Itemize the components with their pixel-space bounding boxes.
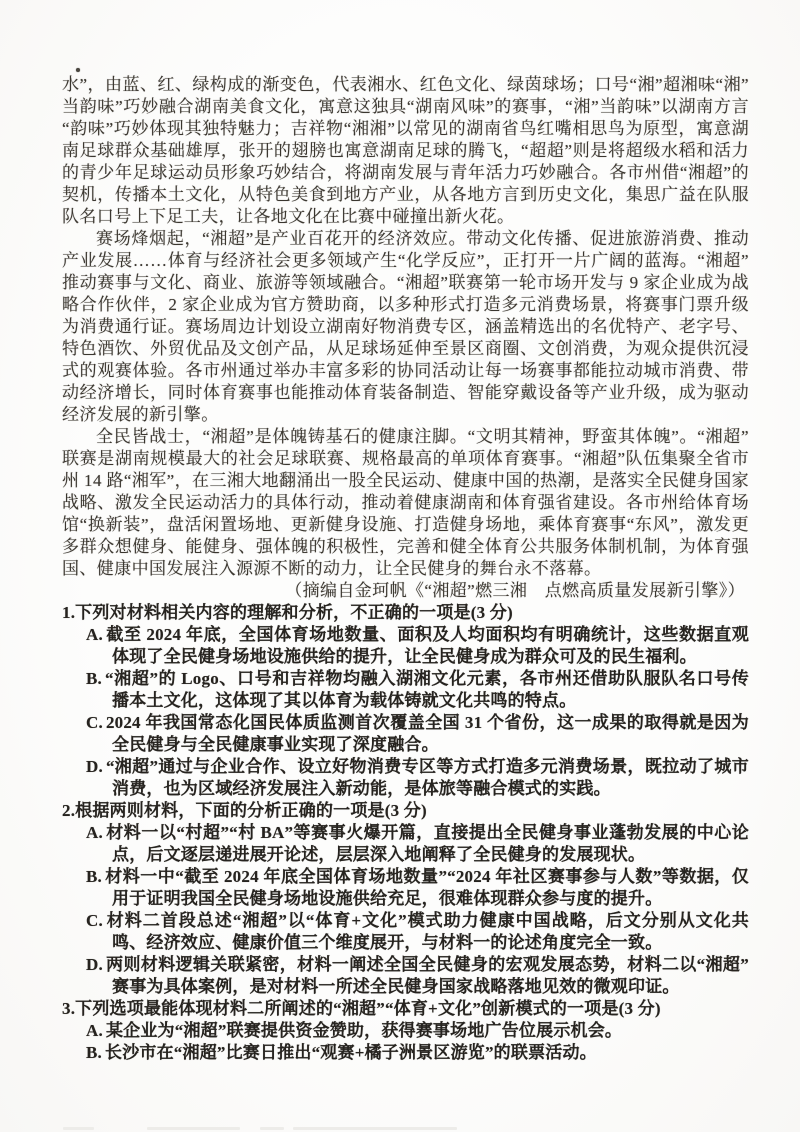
- question-2-stem: 2.根据两则材料，下面的分析正确的一项是(3 分): [62, 800, 749, 822]
- question-3-number: 3.: [62, 999, 75, 1018]
- option-d-text: 两则材料逻辑关联紧密，材料一阐述全国全民健身的宏观发展态势，材料二以“湘超”赛事…: [106, 955, 749, 996]
- question-3-option-b: B.长沙市在“湘超”比赛日推出“观赛+橘子洲景区游览”的联票活动。: [62, 1042, 749, 1064]
- scanned-exam-page: 水”，由蓝、红、绿构成的渐变色，代表湘水、红色文化、绿茵球场；口号“湘”超湘味“…: [0, 0, 800, 1132]
- option-a-text: 截至 2024 年底，全国体育场地数量、面积及人均面积均有明确统计，这些数据直观…: [106, 625, 749, 666]
- option-d-label: D.: [86, 955, 106, 974]
- question-1-stem: 1.下列对材料相关内容的理解和分析，不正确的一项是(3 分): [62, 602, 749, 624]
- question-2-number: 2.: [62, 801, 75, 820]
- question-1-stem-text: 下列对材料相关内容的理解和分析，不正确的一项是(3 分): [75, 603, 513, 622]
- option-d-label: D.: [86, 757, 106, 776]
- material-paragraph-1: 水”，由蓝、红、绿构成的渐变色，代表湘水、红色文化、绿茵球场；口号“湘”超湘味“…: [62, 74, 749, 228]
- question-3-option-a: A.某企业为“湘超”联赛提供资金赞助，获得赛事场地广告位展示机会。: [62, 1020, 749, 1042]
- option-d-text: “湘超”通过与企业合作、设立好物消费专区等方式打造多元消费场景，既拉动了城市消费…: [106, 757, 749, 798]
- question-1-option-d: D.“湘超”通过与企业合作、设立好物消费专区等方式打造多元消费场景，既拉动了城市…: [62, 756, 749, 800]
- question-1-number: 1.: [62, 603, 75, 622]
- question-3-stem: 3.下列选项最能体现材料二所阐述的“湘超”“体育+文化”创新模式的一项是(3 分…: [62, 998, 749, 1020]
- option-b-text: 长沙市在“湘超”比赛日推出“观赛+橘子洲景区游览”的联票活动。: [105, 1043, 597, 1062]
- scan-edge-artifact: [63, 1127, 94, 1130]
- option-a-text: 材料一以“村超”“村 BA”等赛事火爆开篇，直接提出全民健身事业蓬勃发展的中心论…: [106, 823, 749, 864]
- option-a-label: A.: [86, 1021, 106, 1040]
- question-section: 1.下列对材料相关内容的理解和分析，不正确的一项是(3 分) A.截至 2024…: [62, 602, 749, 1064]
- question-2-option-b: B.材料一中“截至 2024 年底全国体育场地数量”“2024 年社区赛事参与人…: [62, 866, 749, 910]
- question-1-option-a: A.截至 2024 年底，全国体育场地数量、面积及人均面积均有明确统计，这些数据…: [62, 624, 749, 668]
- option-b-label: B.: [86, 669, 105, 688]
- option-c-text: 2024 年我国常态化国民体质监测首次覆盖全国 31 个省份，这一成果的取得就是…: [106, 713, 749, 754]
- page-content: 水”，由蓝、红、绿构成的渐变色，代表湘水、红色文化、绿茵球场；口号“湘”超湘味“…: [62, 74, 749, 1064]
- question-2-option-d: D.两则材料逻辑关联紧密，材料一阐述全国全民健身的宏观发展态势，材料二以“湘超”…: [62, 954, 749, 998]
- question-1: 1.下列对材料相关内容的理解和分析，不正确的一项是(3 分) A.截至 2024…: [62, 602, 749, 800]
- scan-edge-artifact: [147, 1127, 240, 1130]
- option-c-label: C.: [86, 713, 106, 732]
- question-2-option-c: C.材料二首段总述“湘超”以“体育+文化”模式助力健康中国战略，后文分别从文化共…: [62, 910, 749, 954]
- question-2: 2.根据两则材料，下面的分析正确的一项是(3 分) A.材料一以“村超”“村 B…: [62, 800, 749, 998]
- option-c-label: C.: [86, 911, 106, 930]
- question-2-stem-text: 根据两则材料，下面的分析正确的一项是(3 分): [75, 801, 427, 820]
- scan-edge-artifact: [260, 1127, 284, 1130]
- option-b-text: 材料一中“截至 2024 年底全国体育场地数量”“2024 年社区赛事参与人数”…: [105, 867, 749, 908]
- option-c-text: 材料二首段总述“湘超”以“体育+文化”模式助力健康中国战略，后文分别从文化共鸣、…: [106, 911, 749, 952]
- ink-dot-artifact: [76, 68, 80, 72]
- option-a-text: 某企业为“湘超”联赛提供资金赞助，获得赛事场地广告位展示机会。: [106, 1021, 622, 1040]
- question-1-option-c: C.2024 年我国常态化国民体质监测首次覆盖全国 31 个省份，这一成果的取得…: [62, 712, 749, 756]
- option-b-text: “湘超”的 Logo、口号和吉祥物均融入湖湘文化元素，各市州还借助队服队名口号传…: [105, 669, 749, 710]
- material-paragraph-3: 全民皆战士，“湘超”是体魄铸基石的健康注脚。“文明其精神，野蛮其体魄”。“湘超”…: [62, 426, 749, 580]
- source-citation: （摘编自金珂帆《“湘超”燃三湘 点燃高质量发展新引擎》）: [62, 580, 749, 602]
- option-a-label: A.: [86, 625, 106, 644]
- material-paragraph-2: 赛场烽烟起，“湘超”是产业百花开的经济效应。带动文化传播、促进旅游消费、推动产业…: [62, 228, 749, 426]
- question-3: 3.下列选项最能体现材料二所阐述的“湘超”“体育+文化”创新模式的一项是(3 分…: [62, 998, 749, 1064]
- option-a-label: A.: [86, 823, 106, 842]
- reading-material: 水”，由蓝、红、绿构成的渐变色，代表湘水、红色文化、绿茵球场；口号“湘”超湘味“…: [62, 74, 749, 602]
- option-b-label: B.: [86, 867, 105, 886]
- question-3-stem-text: 下列选项最能体现材料二所阐述的“湘超”“体育+文化”创新模式的一项是(3 分): [75, 999, 661, 1018]
- scan-edge-artifact: [293, 1127, 457, 1130]
- question-1-option-b: B.“湘超”的 Logo、口号和吉祥物均融入湖湘文化元素，各市州还借助队服队名口…: [62, 668, 749, 712]
- option-b-label: B.: [86, 1043, 105, 1062]
- question-2-option-a: A.材料一以“村超”“村 BA”等赛事火爆开篇，直接提出全民健身事业蓬勃发展的中…: [62, 822, 749, 866]
